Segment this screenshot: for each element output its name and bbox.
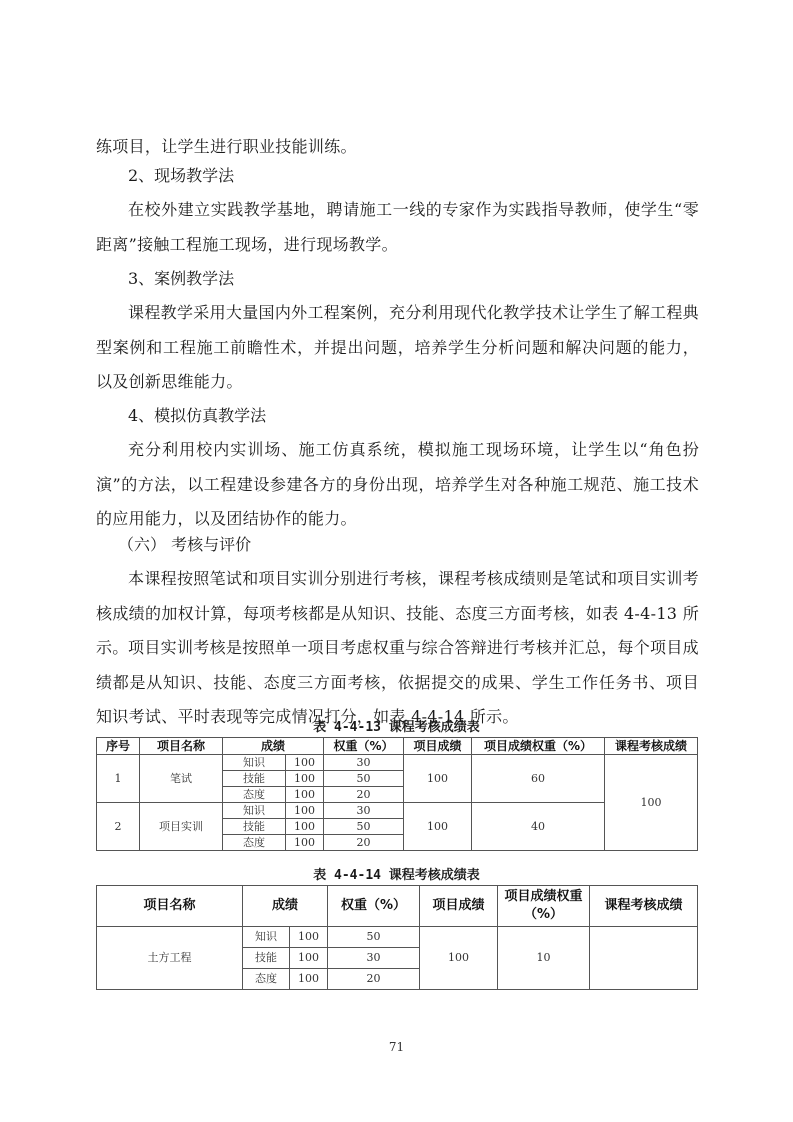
cell-project-weight: 60 <box>472 755 605 803</box>
cell-aspect: 技能 <box>223 819 286 835</box>
cell-item-name: 笔试 <box>140 755 223 803</box>
cell-weight: 20 <box>324 787 404 803</box>
header-project-weight: 项目成绩权重（%） <box>498 886 590 927</box>
header-score: 成绩 <box>243 886 328 927</box>
header-weight: 权重（%） <box>328 886 420 927</box>
header-project-weight: 项目成绩权重（%） <box>472 738 605 755</box>
cell-project-weight: 40 <box>472 803 605 851</box>
header-weight: 权重（%） <box>324 738 404 755</box>
cell-score: 100 <box>286 787 324 803</box>
table1-caption: 表 4-4-13 课程考核成绩表 <box>96 720 697 736</box>
cell-weight: 50 <box>328 927 420 948</box>
paragraph-assessment-2: 项目实训考核是按照单一项目考虑权重与综合答辩进行考核并汇总，每个项目成绩都是从知… <box>96 631 699 735</box>
cell-weight: 50 <box>324 819 404 835</box>
cell-score: 100 <box>286 835 324 851</box>
paragraph-case-teaching: 课程教学采用大量国内外工程案例，充分利用现代化教学技术让学生了解工程典型案例和工… <box>96 296 699 400</box>
cell-course-score: 100 <box>605 755 698 851</box>
cell-weight: 30 <box>324 803 404 819</box>
table2-caption: 表 4-4-14 课程考核成绩表 <box>96 868 697 884</box>
cell-seq: 1 <box>97 755 140 803</box>
cell-aspect: 态度 <box>223 835 286 851</box>
header-course-score: 课程考核成绩 <box>590 886 698 927</box>
header-project-score: 项目成绩 <box>420 886 498 927</box>
header-course-score: 课程考核成绩 <box>605 738 698 755</box>
cell-aspect: 知识 <box>223 755 286 771</box>
cell-score: 100 <box>290 948 328 969</box>
header-item-name: 项目名称 <box>140 738 223 755</box>
paragraph-simulation-teaching: 充分利用校内实训场、施工仿真系统，模拟施工现场环境，让学生以“角色扮演”的方法，… <box>96 433 699 537</box>
paragraph-continuation: 练项目，让学生进行职业技能训练。 <box>96 130 699 165</box>
paragraph-onsite-teaching: 在校外建立实践教学基地，聘请施工一线的专家作为实践指导教师，使学生“零距离”接触… <box>96 193 699 262</box>
cell-item-name: 项目实训 <box>140 803 223 851</box>
header-seq: 序号 <box>97 738 140 755</box>
cell-aspect: 态度 <box>223 787 286 803</box>
cell-score: 100 <box>286 819 324 835</box>
cell-aspect: 技能 <box>223 771 286 787</box>
cell-aspect: 知识 <box>243 927 290 948</box>
cell-score: 100 <box>290 927 328 948</box>
cell-item-name: 土方工程 <box>97 927 243 990</box>
course-assessment-table-4-4-13: 序号 项目名称 成绩 权重（%） 项目成绩 项目成绩权重（%） 课程考核成绩 1… <box>96 737 698 851</box>
header-score: 成绩 <box>223 738 324 755</box>
cell-weight: 20 <box>324 835 404 851</box>
cell-score: 100 <box>290 969 328 990</box>
cell-aspect: 技能 <box>243 948 290 969</box>
cell-score: 100 <box>286 755 324 771</box>
cell-score: 100 <box>286 803 324 819</box>
cell-aspect: 知识 <box>223 803 286 819</box>
cell-course-score <box>590 927 698 990</box>
cell-project-score: 100 <box>404 755 472 803</box>
cell-weight: 20 <box>328 969 420 990</box>
table-row: 土方工程 知识 100 50 100 10 <box>97 927 698 948</box>
cell-weight: 50 <box>324 771 404 787</box>
page-number: 71 <box>0 1040 793 1054</box>
course-assessment-table-4-4-14: 项目名称 成绩 权重（%） 项目成绩 项目成绩权重（%） 课程考核成绩 土方工程… <box>96 885 698 990</box>
cell-aspect: 态度 <box>243 969 290 990</box>
cell-score: 100 <box>286 771 324 787</box>
cell-project-score: 100 <box>404 803 472 851</box>
heading-onsite-teaching: 2、现场教学法 <box>128 166 234 186</box>
header-item-name: 项目名称 <box>97 886 243 927</box>
cell-project-score: 100 <box>420 927 498 990</box>
table-header-row: 序号 项目名称 成绩 权重（%） 项目成绩 项目成绩权重（%） 课程考核成绩 <box>97 738 698 755</box>
cell-project-weight: 10 <box>498 927 590 990</box>
heading-case-teaching: 3、案例教学法 <box>128 269 234 289</box>
cell-seq: 2 <box>97 803 140 851</box>
table-header-row: 项目名称 成绩 权重（%） 项目成绩 项目成绩权重（%） 课程考核成绩 <box>97 886 698 927</box>
cell-weight: 30 <box>328 948 420 969</box>
table-row: 1 笔试 知识 100 30 100 60 100 <box>97 755 698 771</box>
heading-assessment: （六） 考核与评价 <box>118 535 251 555</box>
heading-simulation-teaching: 4、模拟仿真教学法 <box>128 406 266 426</box>
cell-weight: 30 <box>324 755 404 771</box>
header-project-score: 项目成绩 <box>404 738 472 755</box>
